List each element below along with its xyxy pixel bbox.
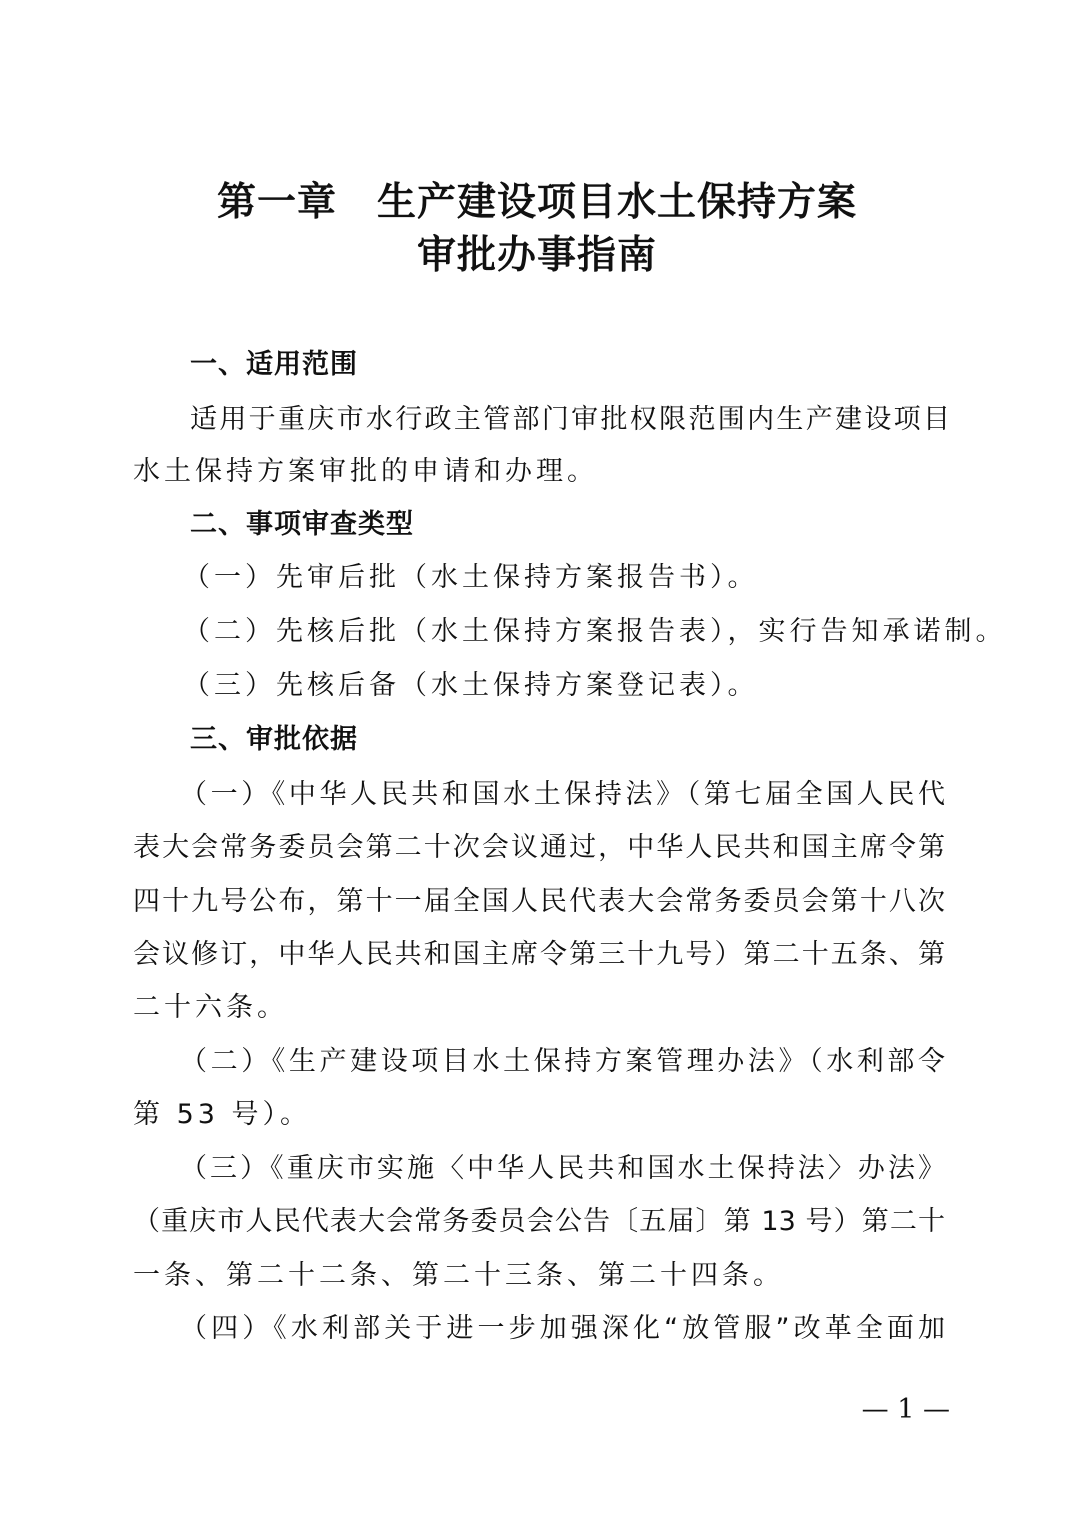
basis-1-line-5: 二十六条。: [133, 988, 945, 1028]
scope-line-2: 水土保持方案审批的申请和办理。: [133, 452, 945, 492]
basis-1-line-3: 四十九号公布，第十一届全国人民代表大会常务委员会第十八次: [133, 882, 945, 922]
basis-3-line-2: （重庆市人民代表大会常务委员会公告〔五届〕第 13 号）第二十: [133, 1202, 945, 1242]
chapter-title-text: 生产建设项目水土保持方案: [377, 179, 857, 225]
review-type-item-3: （三）先核后备（水土保持方案登记表）。: [183, 666, 995, 706]
chapter-label: 第一章: [217, 179, 337, 225]
page-number: — 1 —: [860, 1390, 950, 1430]
basis-1-line-2: 表大会常务委员会第二十次会议通过，中华人民共和国主席令第: [133, 828, 945, 868]
basis-3-line-1: （三）《重庆市实施〈中华人民共和国水土保持法〉办法》: [180, 1149, 945, 1189]
basis-1-line-1: （一）《中华人民共和国水土保持法》（第七届全国人民代: [180, 775, 945, 815]
scope-line-1: 适用于重庆市水行政主管部门审批权限范围内生产建设项目: [190, 400, 950, 440]
basis-3-line-3: 一条、第二十二条、第二十三条、第二十四条。: [133, 1256, 945, 1296]
basis-2-line-1: （二）《生产建设项目水土保持方案管理办法》（水利部令: [180, 1042, 945, 1082]
basis-1-line-4: 会议修订，中华人民共和国主席令第三十九号）第二十五条、第: [133, 935, 945, 975]
review-type-item-1: （一）先审后批（水土保持方案报告书）。: [183, 558, 995, 598]
section-heading-scope: 一、适用范围: [190, 345, 950, 385]
section-heading-review-types: 二、事项审查类型: [190, 505, 950, 545]
section-heading-approval-basis: 三、审批依据: [190, 720, 950, 760]
chapter-title-line-1: 第一章生产建设项目水土保持方案: [0, 175, 1074, 229]
chapter-title-line-2: 审批办事指南: [0, 228, 1074, 282]
review-type-item-2: （二）先核后批（水土保持方案报告表），实行告知承诺制。: [183, 612, 995, 652]
basis-2-line-2: 第 53 号）。: [133, 1095, 945, 1135]
document-page: 第一章生产建设项目水土保持方案 审批办事指南 一、适用范围 适用于重庆市水行政主…: [0, 0, 1074, 1520]
basis-4-line-1: （四）《水利部关于进一步加强深化“放管服”改革全面加: [180, 1309, 945, 1349]
